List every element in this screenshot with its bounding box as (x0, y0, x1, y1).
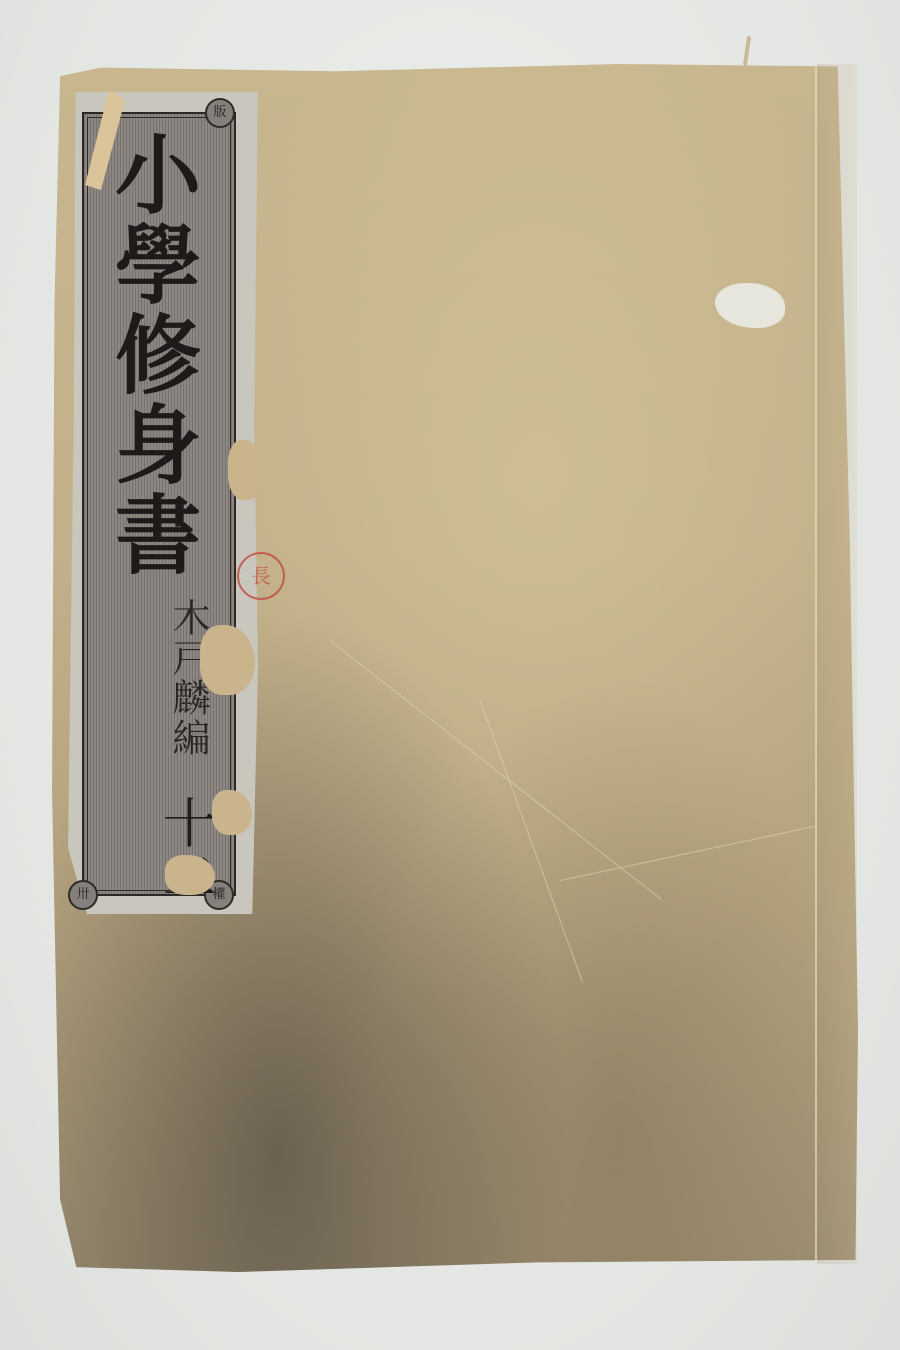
label-tear (212, 790, 252, 835)
binding-edge (815, 64, 857, 1264)
label-tear (165, 855, 215, 895)
corner-mark-top-right: 版 (205, 98, 235, 128)
book-title: 小學修身書 (95, 130, 205, 580)
red-seal-stamp: 長 (237, 552, 285, 600)
corner-mark-bottom-left: 卅 (68, 880, 98, 910)
